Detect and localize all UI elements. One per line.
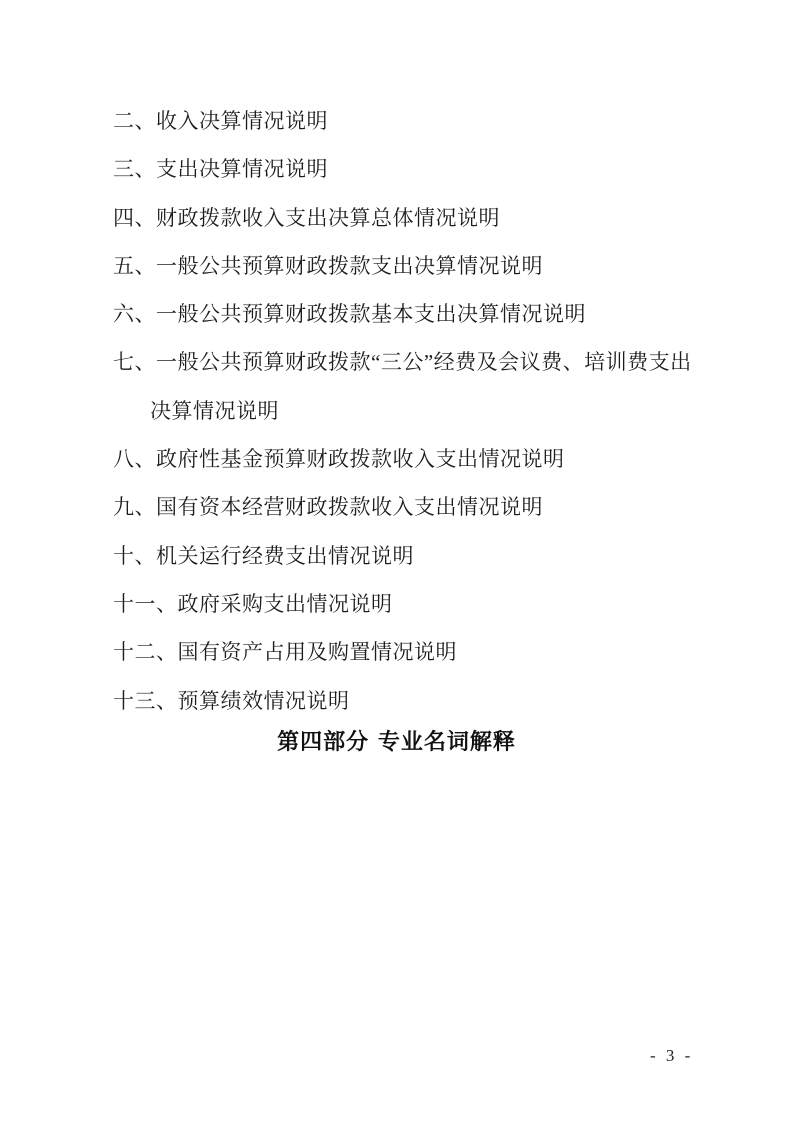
toc-line: 八、政府性基金预算财政拨款收入支出情况说明 xyxy=(113,435,733,483)
toc: 二、收入决算情况说明三、支出决算情况说明四、财政拨款收入支出决算总体情况说明五、… xyxy=(113,97,733,725)
toc-line: 决算情况说明 xyxy=(113,387,733,435)
toc-line: 十二、国有资产占用及购置情况说明 xyxy=(113,628,733,676)
toc-line: 三、支出决算情况说明 xyxy=(113,145,733,193)
toc-line: 二、收入决算情况说明 xyxy=(113,97,733,145)
toc-line: 六、一般公共预算财政拨款基本支出决算情况说明 xyxy=(113,290,733,338)
toc-line: 七、一般公共预算财政拨款“三公”经费及会议费、培训费支出 xyxy=(113,338,733,386)
page-number: - 3 - xyxy=(650,1046,693,1066)
document-page: 二、收入决算情况说明三、支出决算情况说明四、财政拨款收入支出决算总体情况说明五、… xyxy=(0,0,793,1122)
toc-line: 十、机关运行经费支出情况说明 xyxy=(113,532,733,580)
toc-line: 四、财政拨款收入支出决算总体情况说明 xyxy=(113,194,733,242)
section-heading: 第四部分 专业名词解释 xyxy=(0,726,793,760)
toc-line: 九、国有资本经营财政拨款收入支出情况说明 xyxy=(113,483,733,531)
toc-line: 十三、预算绩效情况说明 xyxy=(113,677,733,725)
toc-line: 十一、政府采购支出情况说明 xyxy=(113,580,733,628)
toc-line: 五、一般公共预算财政拨款支出决算情况说明 xyxy=(113,242,733,290)
